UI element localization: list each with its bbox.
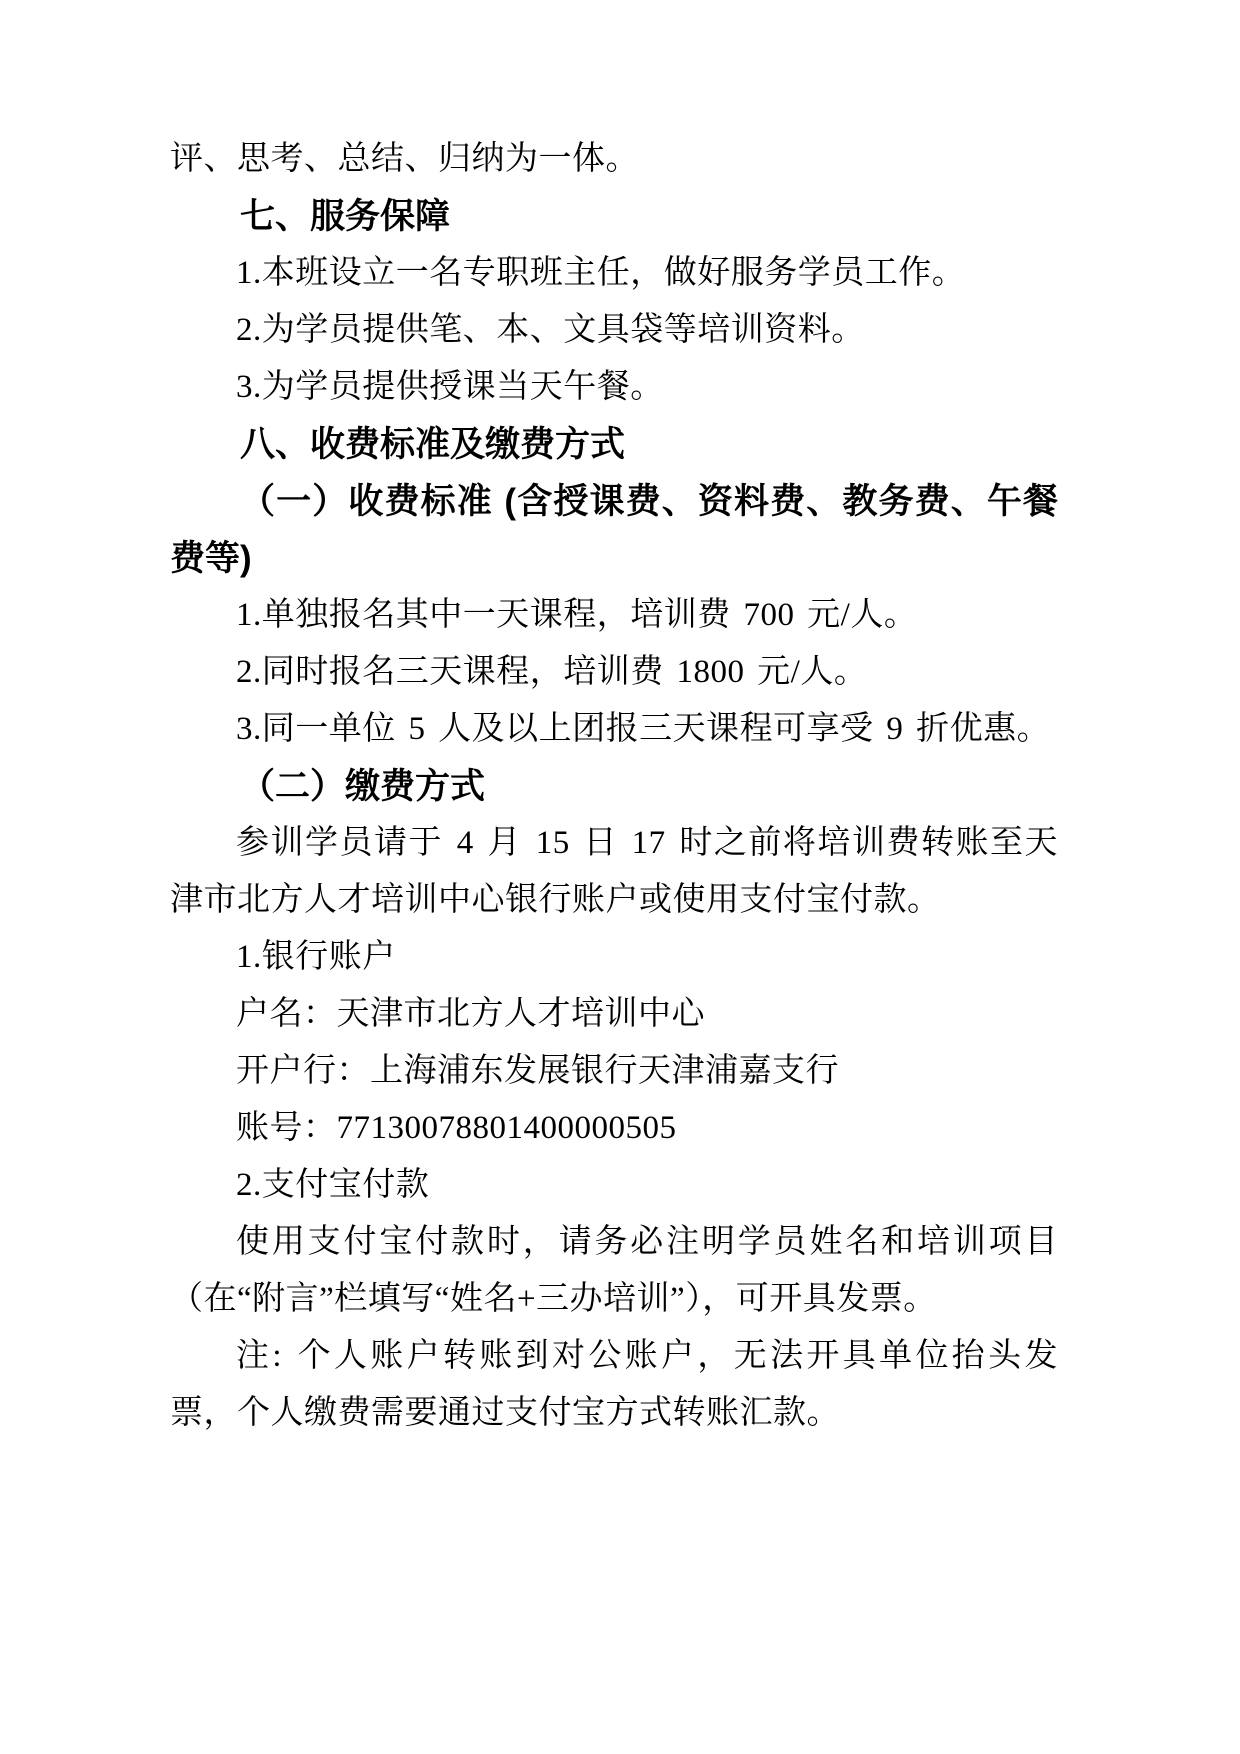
document-page: 评、思考、总结、归纳为一体。七、服务保障1.本班设立一名专职班主任，做好服务学员… — [170, 131, 1058, 1442]
section-heading: 七、服务保障 — [170, 188, 1058, 245]
paragraph: 注: 个人账户转账到对公账户，无法开具单位抬头发票，个人缴费需要通过支付宝方式转… — [170, 1328, 1058, 1442]
paragraph: 使用支付宝付款时，请务必注明学员姓名和培训项目（在“附言”栏填写“姓名+三办培训… — [170, 1214, 1058, 1328]
paragraph: 评、思考、总结、归纳为一体。 — [170, 131, 1058, 188]
section-heading: 八、收费标准及缴费方式 — [170, 416, 1058, 473]
paragraph: 参训学员请于 4 月 15 日 17 时之前将培训费转账至天津市北方人才培训中心… — [170, 815, 1058, 929]
paragraph: 3.同一单位 5 人及以上团报三天课程可享受 9 折优惠。 — [170, 701, 1058, 758]
section-heading: （二）缴费方式 — [170, 758, 1058, 815]
paragraph: 1.本班设立一名专职班主任，做好服务学员工作。 — [170, 245, 1058, 302]
paragraph: 2.同时报名三天课程，培训费 1800 元/人。 — [170, 644, 1058, 701]
paragraph: 3.为学员提供授课当天午餐。 — [170, 359, 1058, 416]
paragraph: 2.支付宝付款 — [170, 1157, 1058, 1214]
paragraph: 户名：天津市北方人才培训中心 — [170, 986, 1058, 1043]
section-heading: （一）收费标准 (含授课费、资料费、教务费、午餐费等) — [170, 473, 1058, 587]
paragraph: 开户行：上海浦东发展银行天津浦嘉支行 — [170, 1043, 1058, 1100]
paragraph: 2.为学员提供笔、本、文具袋等培训资料。 — [170, 302, 1058, 359]
paragraph: 账号：77130078801400000505 — [170, 1100, 1058, 1157]
paragraph: 1.银行账户 — [170, 929, 1058, 986]
paragraph: 1.单独报名其中一天课程，培训费 700 元/人。 — [170, 587, 1058, 644]
